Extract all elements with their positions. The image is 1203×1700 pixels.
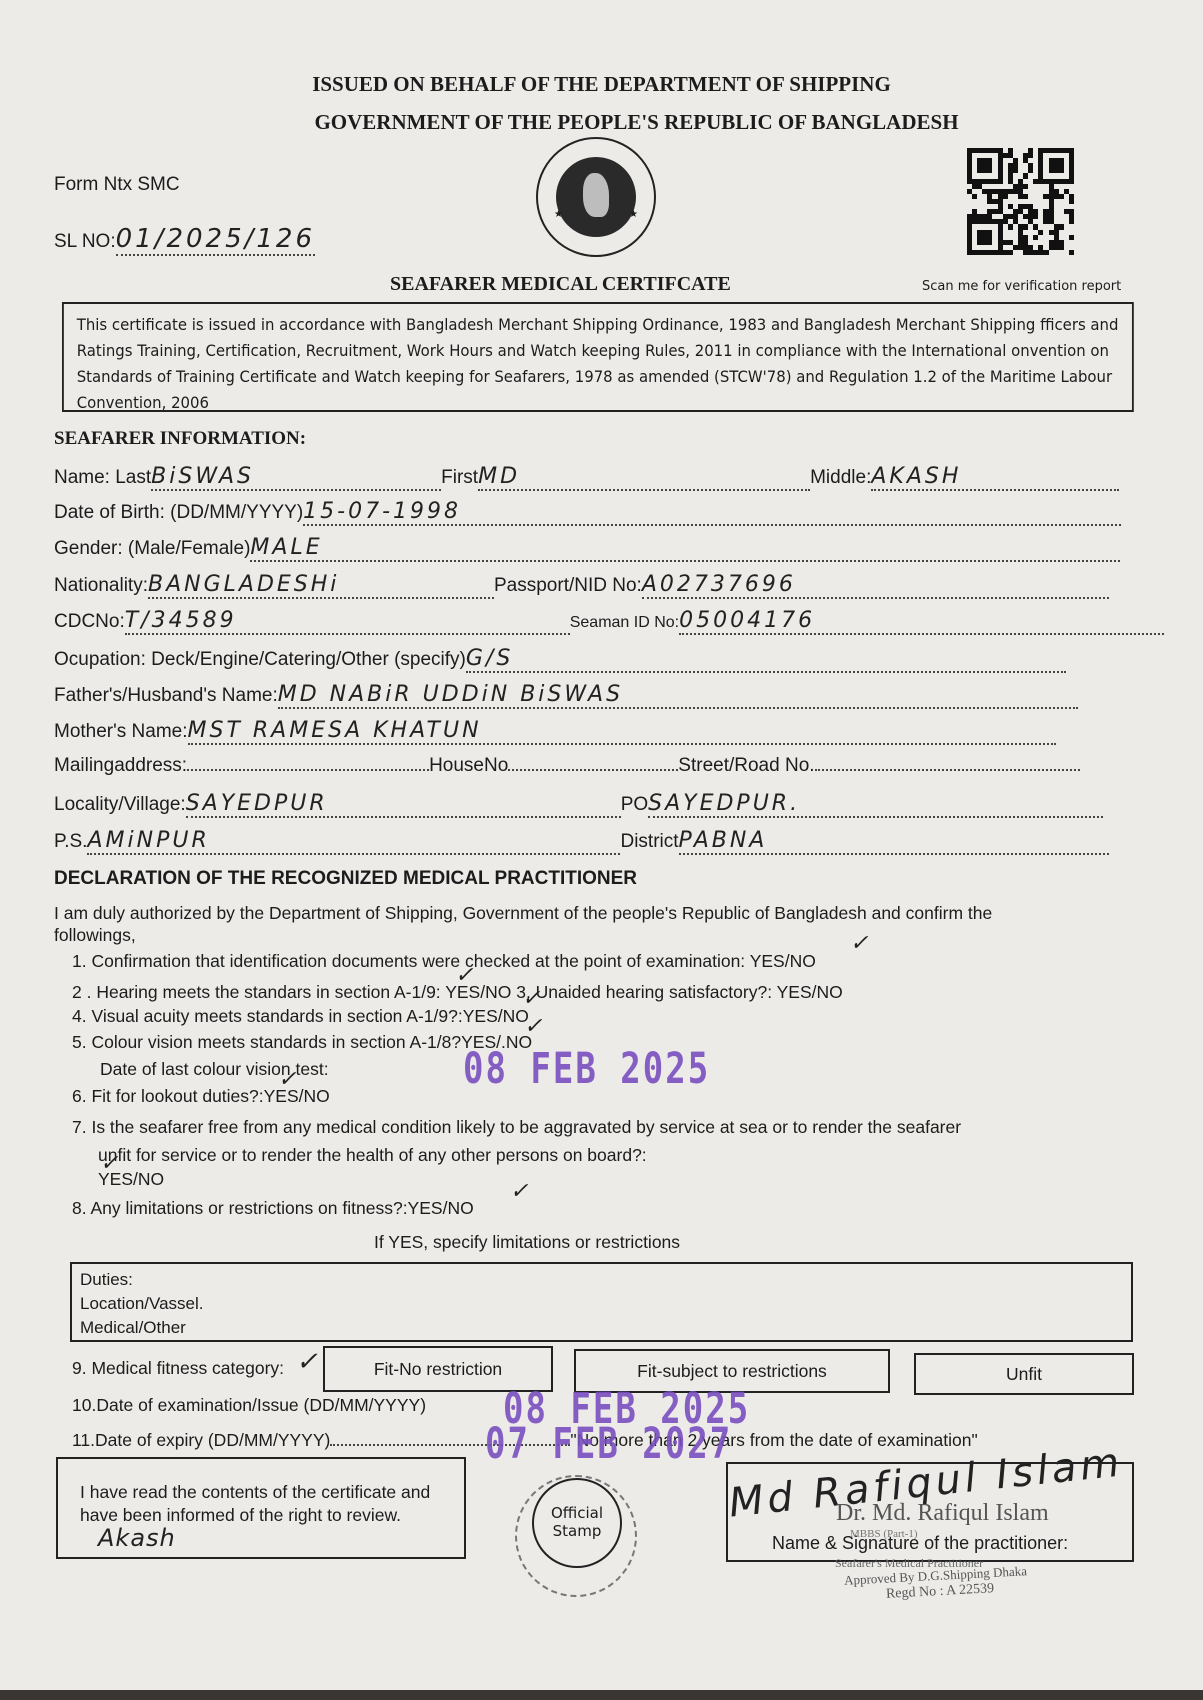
declaration-item-7-line-2: unfit for service or to render the healt… (98, 1145, 647, 1166)
issuer-line-1: ISSUED ON BEHALF OF THE DEPARTMENT OF SH… (0, 72, 1203, 97)
official-stamp: Official Stamp (532, 1478, 622, 1568)
occupation-label: Ocupation: Deck/Engine/Catering/Other (s… (54, 649, 466, 670)
acknowledgement-text: I have read the contents of the certific… (80, 1482, 430, 1525)
occupation-row: Ocupation: Deck/Engine/Catering/Other (s… (54, 646, 1066, 673)
mother-name-field[interactable]: MST RAMESA KHATUN (188, 718, 1056, 745)
dob-row: Date of Birth: (DD/MM/YYYY)15-07-1998 (54, 499, 1121, 526)
declaration-item-4: 4. Visual acuity meets standards in sect… (72, 1006, 529, 1027)
seafarer-info-heading: SEAFARER INFORMATION: (54, 428, 306, 450)
practitioner-label: Name & Signature of the practitioner: (772, 1533, 1068, 1554)
location-vessel-label: Location/Vassel. (80, 1292, 1123, 1316)
doctor-stamp-line-2: MBBS (Part-1) (850, 1528, 918, 1540)
check-mark-icon: ✓ (100, 1150, 118, 1176)
locality-label: Locality/Village: (54, 794, 186, 815)
district-label: District (620, 831, 678, 852)
mother-row: Mother's Name:MST RAMESA KHATUN (54, 718, 1056, 745)
passport-label: Passport/NID No: (494, 575, 642, 596)
cdc-field[interactable]: T/34589 (125, 608, 570, 635)
mailing-row: Mailingaddress:HouseNoStreet/Road No. (54, 755, 1080, 777)
middle-name-label: Middle: (810, 467, 871, 488)
gender-field[interactable]: MALE (250, 535, 1120, 562)
house-no-field[interactable] (508, 769, 678, 771)
first-name-label: First (441, 467, 478, 488)
official-stamp-line-2: Stamp (534, 1522, 620, 1540)
po-label: PO (621, 794, 648, 815)
seaman-id-label: Seaman ID No: (570, 614, 679, 631)
serial-number-label: SL NO: (54, 231, 116, 252)
mailing-field[interactable] (187, 769, 429, 771)
declaration-item-8: 8. Any limitations or restrictions on fi… (72, 1198, 474, 1219)
seaman-id-field[interactable]: 05004176 (679, 608, 1164, 635)
qr-caption: Scan me for verification report (922, 279, 1121, 294)
passport-field[interactable]: A02737696 (642, 572, 1109, 599)
declaration-item-1: 1. Confirmation that identification docu… (72, 951, 816, 972)
occupation-field[interactable]: G/S (466, 646, 1066, 673)
certificate-title: SEAFARER MEDICAL CERTIFCATE (390, 273, 731, 296)
father-name-field[interactable]: MD NABiR UDDiN BiSWAS (278, 682, 1078, 709)
colour-test-date-stamp: 08 FEB 2025 (463, 1044, 710, 1094)
street-field[interactable] (815, 769, 1080, 771)
locality-field[interactable]: SAYEDPUR (186, 791, 621, 818)
check-mark-icon: ✓ (455, 962, 473, 988)
father-row: Father's/Husband's Name:MD NABiR UDDiN B… (54, 682, 1078, 709)
father-name-label: Father's/Husband's Name: (54, 685, 278, 706)
cdc-row: CDCNo:T/34589Seaman ID No:05004176 (54, 608, 1164, 635)
declaration-item-7-line-1: 7. Is the seafarer free from any medical… (72, 1117, 961, 1138)
nationality-row: Nationality:BANGLADESHiPassport/NID No:A… (54, 572, 1109, 599)
doctor-stamp-name: Dr. Md. Rafiqul Islam (836, 1500, 1049, 1527)
last-name-label: Name: Last (54, 467, 151, 488)
dob-label: Date of Birth: (DD/MM/YYYY) (54, 502, 303, 523)
acknowledgement-box: I have read the contents of the certific… (56, 1457, 466, 1559)
limitations-box[interactable]: Duties: Location/Vassel. Medical/Other (70, 1262, 1133, 1342)
expiry-date-stamp: 07 FEB 2027 (485, 1419, 732, 1469)
gender-label: Gender: (Male/Female) (54, 538, 250, 559)
declaration-heading: DECLARATION OF THE RECOGNIZED MEDICAL PR… (54, 868, 637, 890)
scan-edge (0, 1690, 1203, 1700)
check-mark-icon: ✓ (278, 1066, 296, 1092)
check-mark-icon: ✓ (524, 1013, 542, 1039)
serial-number-field: SL NO:01/2025/126 (54, 224, 315, 256)
dob-field[interactable]: 15-07-1998 (303, 499, 1121, 526)
exam-date-label: 10.Date of examination/Issue (DD/MM/YYYY… (72, 1395, 426, 1416)
check-mark-icon: ✓ (522, 985, 540, 1011)
middle-name-field[interactable]: AKASH (871, 464, 1119, 491)
first-name-field[interactable]: MD (478, 464, 810, 491)
po-field[interactable]: SAYEDPUR. (648, 791, 1103, 818)
bangladesh-govt-seal-icon: ★ ★ (536, 137, 656, 257)
last-name-field[interactable]: BiSWAS (151, 464, 441, 491)
mailing-label: Mailingaddress: (54, 755, 187, 776)
medical-other-label: Medical/Other (80, 1316, 1123, 1340)
ps-row: P.S.AMiNPURDistrictPABNA (54, 828, 1109, 855)
check-mark-icon: ✓ (510, 1178, 528, 1204)
cdc-label: CDCNo: (54, 611, 125, 632)
district-field[interactable]: PABNA (679, 828, 1109, 855)
form-number: Form Ntx SMC (54, 174, 180, 196)
limitations-caption: If YES, specify limitations or restricti… (374, 1232, 680, 1253)
mother-name-label: Mother's Name: (54, 721, 188, 742)
declaration-intro: I am duly authorized by the Department o… (54, 902, 1054, 946)
fitness-category-label: 9. Medical fitness category: (72, 1358, 284, 1379)
name-row: Name: LastBiSWASFirstMDMiddle:AKASH (54, 464, 1134, 491)
ps-label: P.S. (54, 831, 87, 852)
qr-code-icon[interactable] (967, 148, 1074, 255)
duties-label: Duties: (80, 1268, 1123, 1292)
nationality-label: Nationality: (54, 575, 148, 596)
official-stamp-line-1: Official (534, 1504, 620, 1522)
certificate-intro: This certificate is issued in accordance… (62, 302, 1134, 412)
check-mark-icon: ✓ (850, 930, 868, 956)
house-no-label: HouseNo (429, 755, 508, 776)
ps-field[interactable]: AMiNPUR (87, 828, 620, 855)
locality-row: Locality/Village:SAYEDPURPOSAYEDPUR. (54, 791, 1103, 818)
seafarer-signature: Akash (98, 1524, 176, 1552)
expiry-date-label: 11.Date of expiry (DD/MM/YYYY) (72, 1430, 330, 1450)
gender-row: Gender: (Male/Female)MALE (54, 535, 1120, 562)
check-mark-icon: ✓ (296, 1346, 318, 1377)
street-label: Street/Road No. (678, 755, 814, 776)
issuer-line-2: GOVERNMENT OF THE PEOPLE'S REPUBLIC OF B… (0, 110, 1203, 135)
serial-number-value: 01/2025/126 (116, 224, 315, 256)
unfit-option[interactable]: Unfit (914, 1353, 1134, 1395)
nationality-field[interactable]: BANGLADESHi (148, 572, 494, 599)
